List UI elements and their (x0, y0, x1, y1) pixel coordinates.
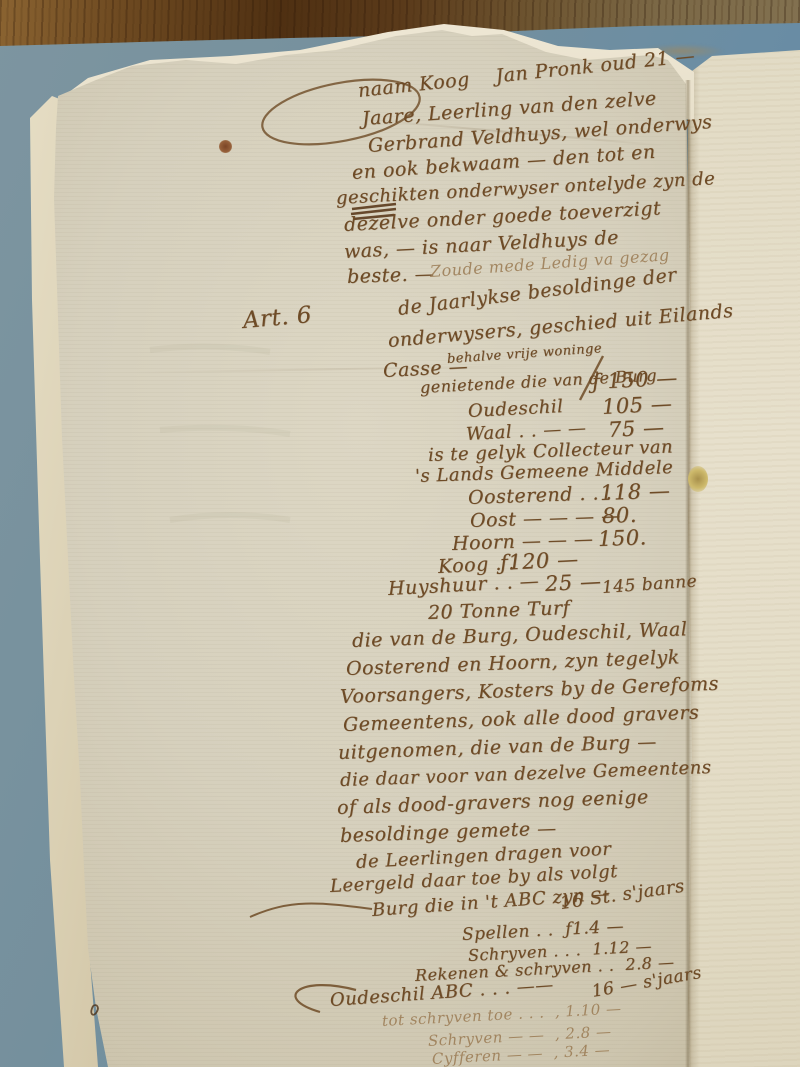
swash-flourish (250, 904, 372, 917)
salary-amount: 80. (602, 503, 638, 528)
salary-amount: 25 — (544, 569, 602, 596)
salary-amount: 118 — (600, 479, 671, 505)
salary-amount: ƒ 150 — (591, 366, 678, 394)
handwritten-line: beste. — (347, 263, 435, 288)
ink-mark (91, 1005, 98, 1015)
photo-of-manuscript: naam Koog Jan Pronk oud 21 — Jaare, Leer… (0, 0, 800, 1067)
salary-amount: 150. (598, 525, 648, 551)
verso-ghosting (150, 346, 290, 520)
